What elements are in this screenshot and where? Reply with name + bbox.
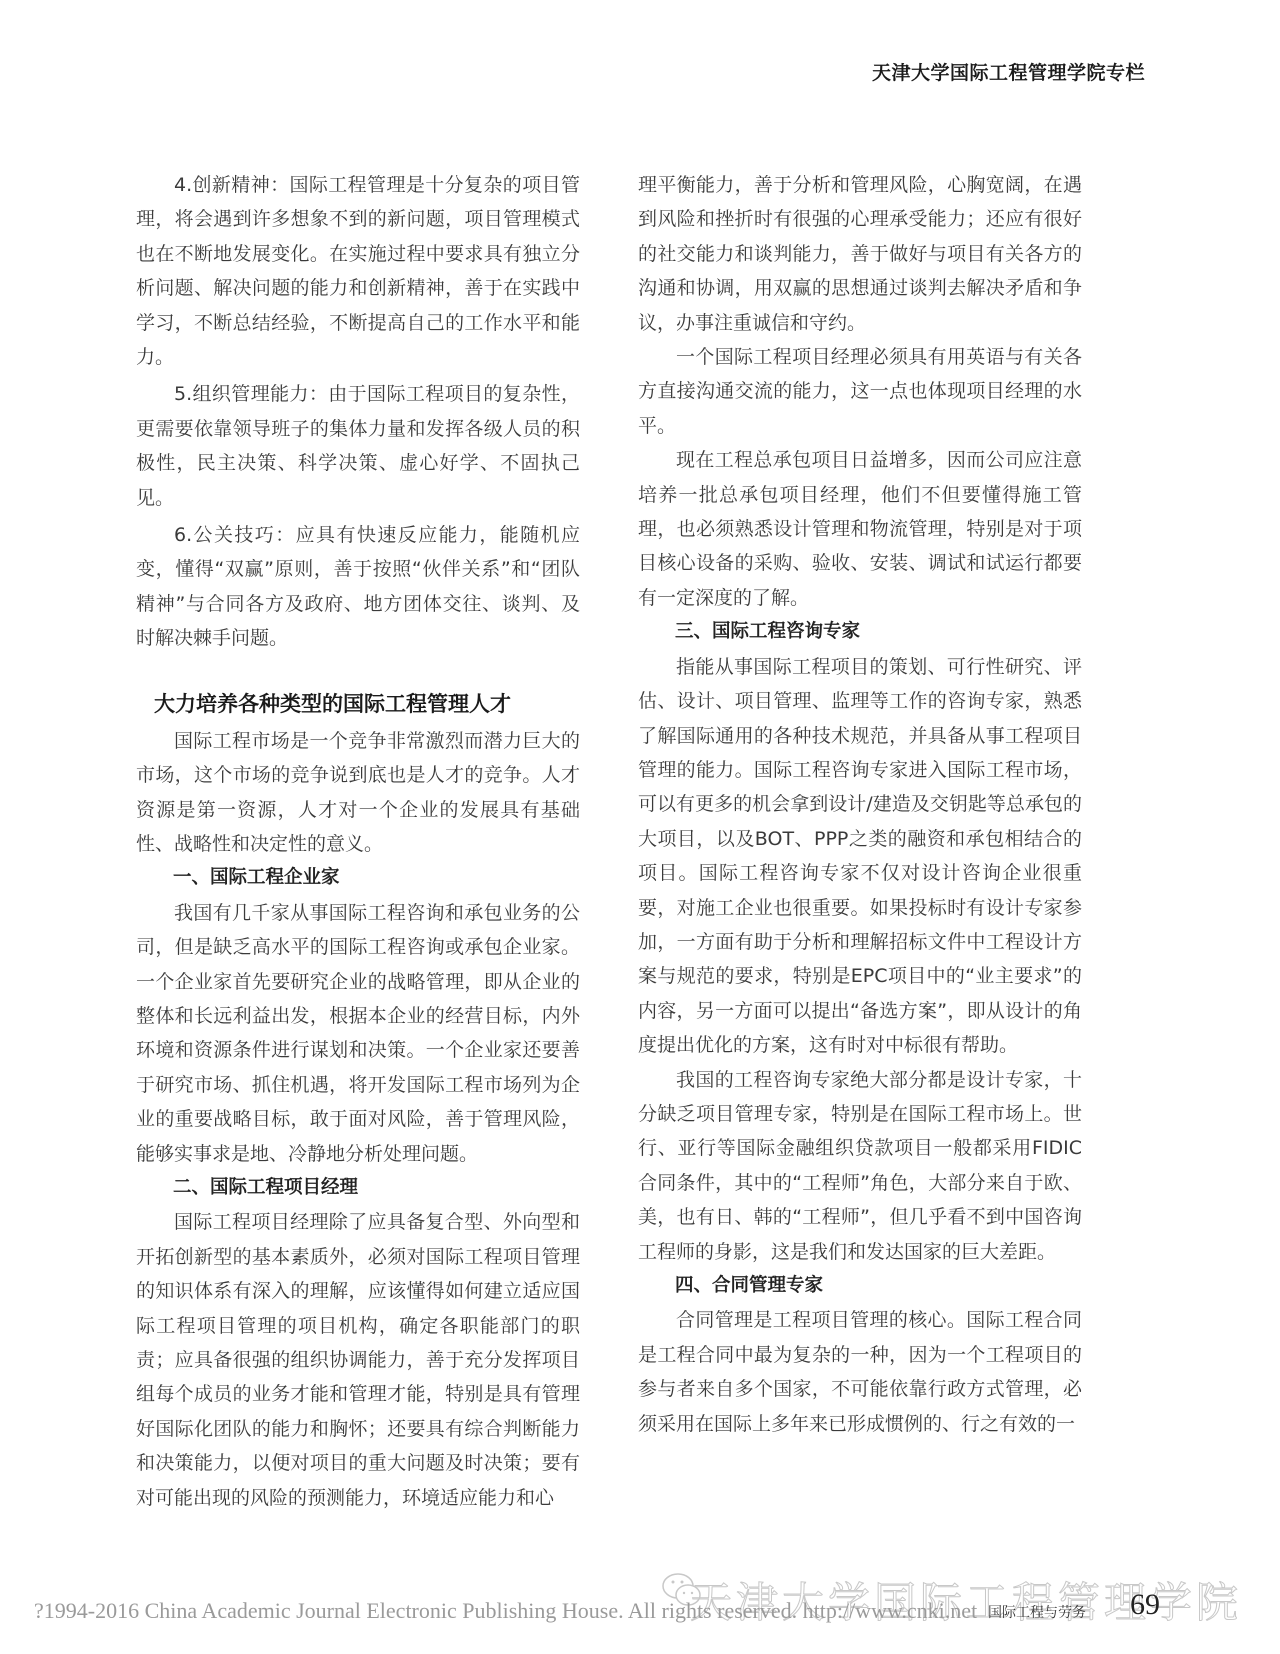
paragraph-entrepreneur: 我国有几千家从事国际工程咨询和承包业务的公司，但是缺乏高水平的国际工程咨询或承包… bbox=[136, 896, 580, 1171]
paragraph-intro: 国际工程市场是一个竞争非常激烈而潜力巨大的市场，这个市场的竞争说到底也是人才的竞… bbox=[136, 724, 580, 862]
paragraph-consultant-1: 指能从事国际工程项目的策划、可行性研究、评估、设计、项目管理、监理等工作的咨询专… bbox=[638, 650, 1082, 1063]
subheading-contract: 四、合同管理专家 bbox=[638, 1269, 1082, 1303]
paragraph-english: 一个国际工程项目经理必须具有用英语与有关各方直接沟通交流的能力，这一点也体现项目… bbox=[638, 340, 1082, 443]
paragraph-project-manager: 国际工程项目经理除了应具备复合型、外向型和开拓创新型的基本素质外，必须对国际工程… bbox=[136, 1205, 580, 1515]
paragraph-contract: 合同管理是工程项目管理的核心。国际工程合同是工程合同中最为复杂的一种，因为一个工… bbox=[638, 1303, 1082, 1441]
copyright-notice: ?1994-2016 China Academic Journal Electr… bbox=[34, 1598, 977, 1624]
paragraph-consultant-2: 我国的工程咨询专家绝大部分都是设计专家，十分缺乏项目管理专家，特别是在国际工程市… bbox=[638, 1063, 1082, 1269]
subheading-entrepreneur: 一、国际工程企业家 bbox=[136, 861, 580, 895]
page-number: 69 bbox=[1130, 1588, 1160, 1622]
journal-name: 国际工程与劳务 bbox=[988, 1602, 1086, 1622]
subheading-consultant: 三、国际工程咨询专家 bbox=[638, 615, 1082, 649]
paragraph-epc: 现在工程总承包项目日益增多，因而公司应注意培养一批总承包项目经理，他们不但要懂得… bbox=[638, 443, 1082, 615]
paragraph-continuation: 理平衡能力，善于分析和管理风险，心胸宽阔，在遇到风险和挫折时有很强的心理承受能力… bbox=[638, 168, 1082, 340]
paragraph-organization: 5.组织管理能力：由于国际工程项目的复杂性，更需要依靠领导班子的集体力量和发挥各… bbox=[136, 377, 580, 515]
paragraph-innovation: 4.创新精神：国际工程管理是十分复杂的项目管理，将会遇到许多想象不到的新问题，项… bbox=[136, 168, 580, 374]
column-header: 天津大学国际工程管理学院专栏 bbox=[872, 58, 1202, 85]
paragraph-public-relations: 6.公关技巧：应具有快速反应能力，能随机应变，懂得“双赢”原则，善于按照“伙伴关… bbox=[136, 518, 580, 656]
section-title: 大力培养各种类型的国际工程管理人才 bbox=[154, 684, 580, 724]
right-column: 理平衡能力，善于分析和管理风险，心胸宽阔，在遇到风险和挫折时有很强的心理承受能力… bbox=[638, 168, 1082, 1441]
subheading-project-manager: 二、国际工程项目经理 bbox=[136, 1171, 580, 1205]
left-column: 4.创新精神：国际工程管理是十分复杂的项目管理，将会遇到许多想象不到的新问题，项… bbox=[136, 168, 580, 1515]
